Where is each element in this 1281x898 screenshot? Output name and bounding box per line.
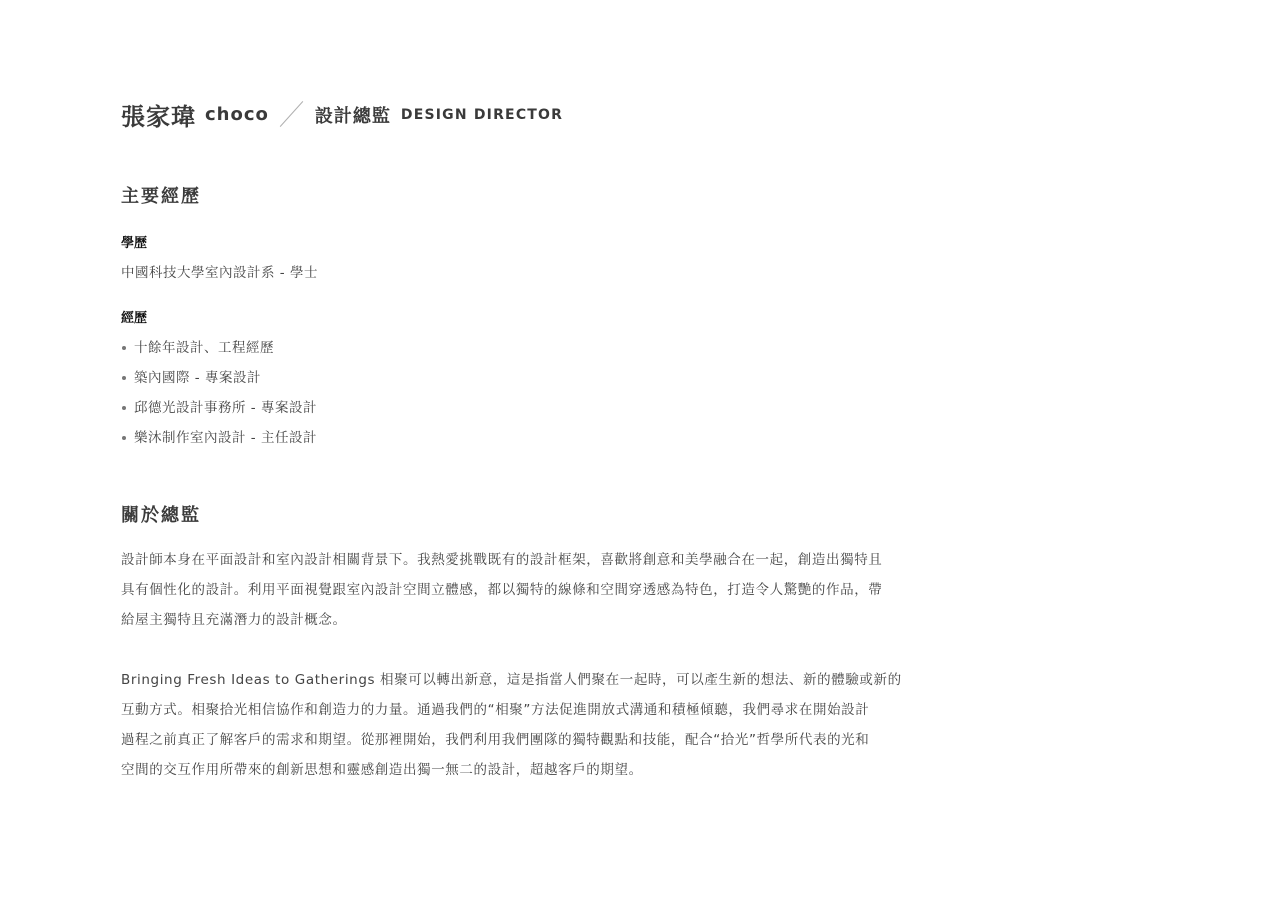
- bullet-icon: [122, 346, 126, 350]
- career-item: 十餘年設計、工程經歷: [121, 333, 317, 363]
- bullet-icon: [122, 376, 126, 380]
- education-label: 學歷: [121, 232, 147, 251]
- slash-divider: [277, 100, 307, 130]
- director-name-zh: 張家瑋: [121, 97, 196, 132]
- career-item: 築內國際 - 專案設計: [121, 363, 317, 393]
- director-name-en: choco: [205, 104, 269, 125]
- career-item-text: 樂沐制作室內設計 - 主任設計: [134, 426, 317, 450]
- profile-header: 張家瑋 choco 設計總監 DESIGN DIRECTOR: [121, 97, 563, 132]
- career-label: 經歷: [121, 307, 147, 326]
- career-item-text: 十餘年設計、工程經歷: [134, 336, 274, 360]
- job-title-en: DESIGN DIRECTOR: [401, 107, 563, 123]
- paragraph-line: 給屋主獨特且充滿潛力的設計概念。: [121, 605, 921, 635]
- career-item: 樂沐制作室內設計 - 主任設計: [121, 423, 317, 453]
- paragraph-line: 設計師本身在平面設計和室內設計相關背景下。我熱愛挑戰既有的設計框架，喜歡將創意和…: [121, 545, 921, 575]
- career-item-text: 邱德光設計事務所 - 專案設計: [134, 396, 317, 420]
- about-paragraph-2: Bringing Fresh Ideas to Gatherings 相聚可以轉…: [121, 665, 921, 785]
- paragraph-line: 空間的交互作用所帶來的創新思想和靈感創造出獨一無二的設計，超越客戶的期望。: [121, 755, 921, 785]
- paragraph-line: 具有個性化的設計。利用平面視覺跟室內設計空間立體感，都以獨特的線條和空間穿透感為…: [121, 575, 921, 605]
- about-section-title: 關於總監: [121, 501, 201, 527]
- paragraph-line: 互動方式。相聚拾光相信協作和創造力的力量。通過我們的“相聚”方法促進開放式溝通和…: [121, 695, 921, 725]
- job-title-zh: 設計總監: [315, 102, 391, 128]
- education-value: 中國科技大學室內設計系 - 學士: [121, 261, 318, 281]
- career-list: 十餘年設計、工程經歷 築內國際 - 專案設計 邱德光設計事務所 - 專案設計 樂…: [121, 333, 317, 453]
- bullet-icon: [122, 436, 126, 440]
- about-paragraph-1: 設計師本身在平面設計和室內設計相關背景下。我熱愛挑戰既有的設計框架，喜歡將創意和…: [121, 545, 921, 635]
- career-item: 邱德光設計事務所 - 專案設計: [121, 393, 317, 423]
- paragraph-line: 過程之前真正了解客戶的需求和期望。從那裡開始，我們利用我們團隊的獨特觀點和技能，…: [121, 725, 921, 755]
- paragraph-line: Bringing Fresh Ideas to Gatherings 相聚可以轉…: [121, 665, 921, 695]
- bullet-icon: [122, 406, 126, 410]
- experience-section-title: 主要經歷: [121, 182, 201, 208]
- career-item-text: 築內國際 - 專案設計: [134, 366, 261, 390]
